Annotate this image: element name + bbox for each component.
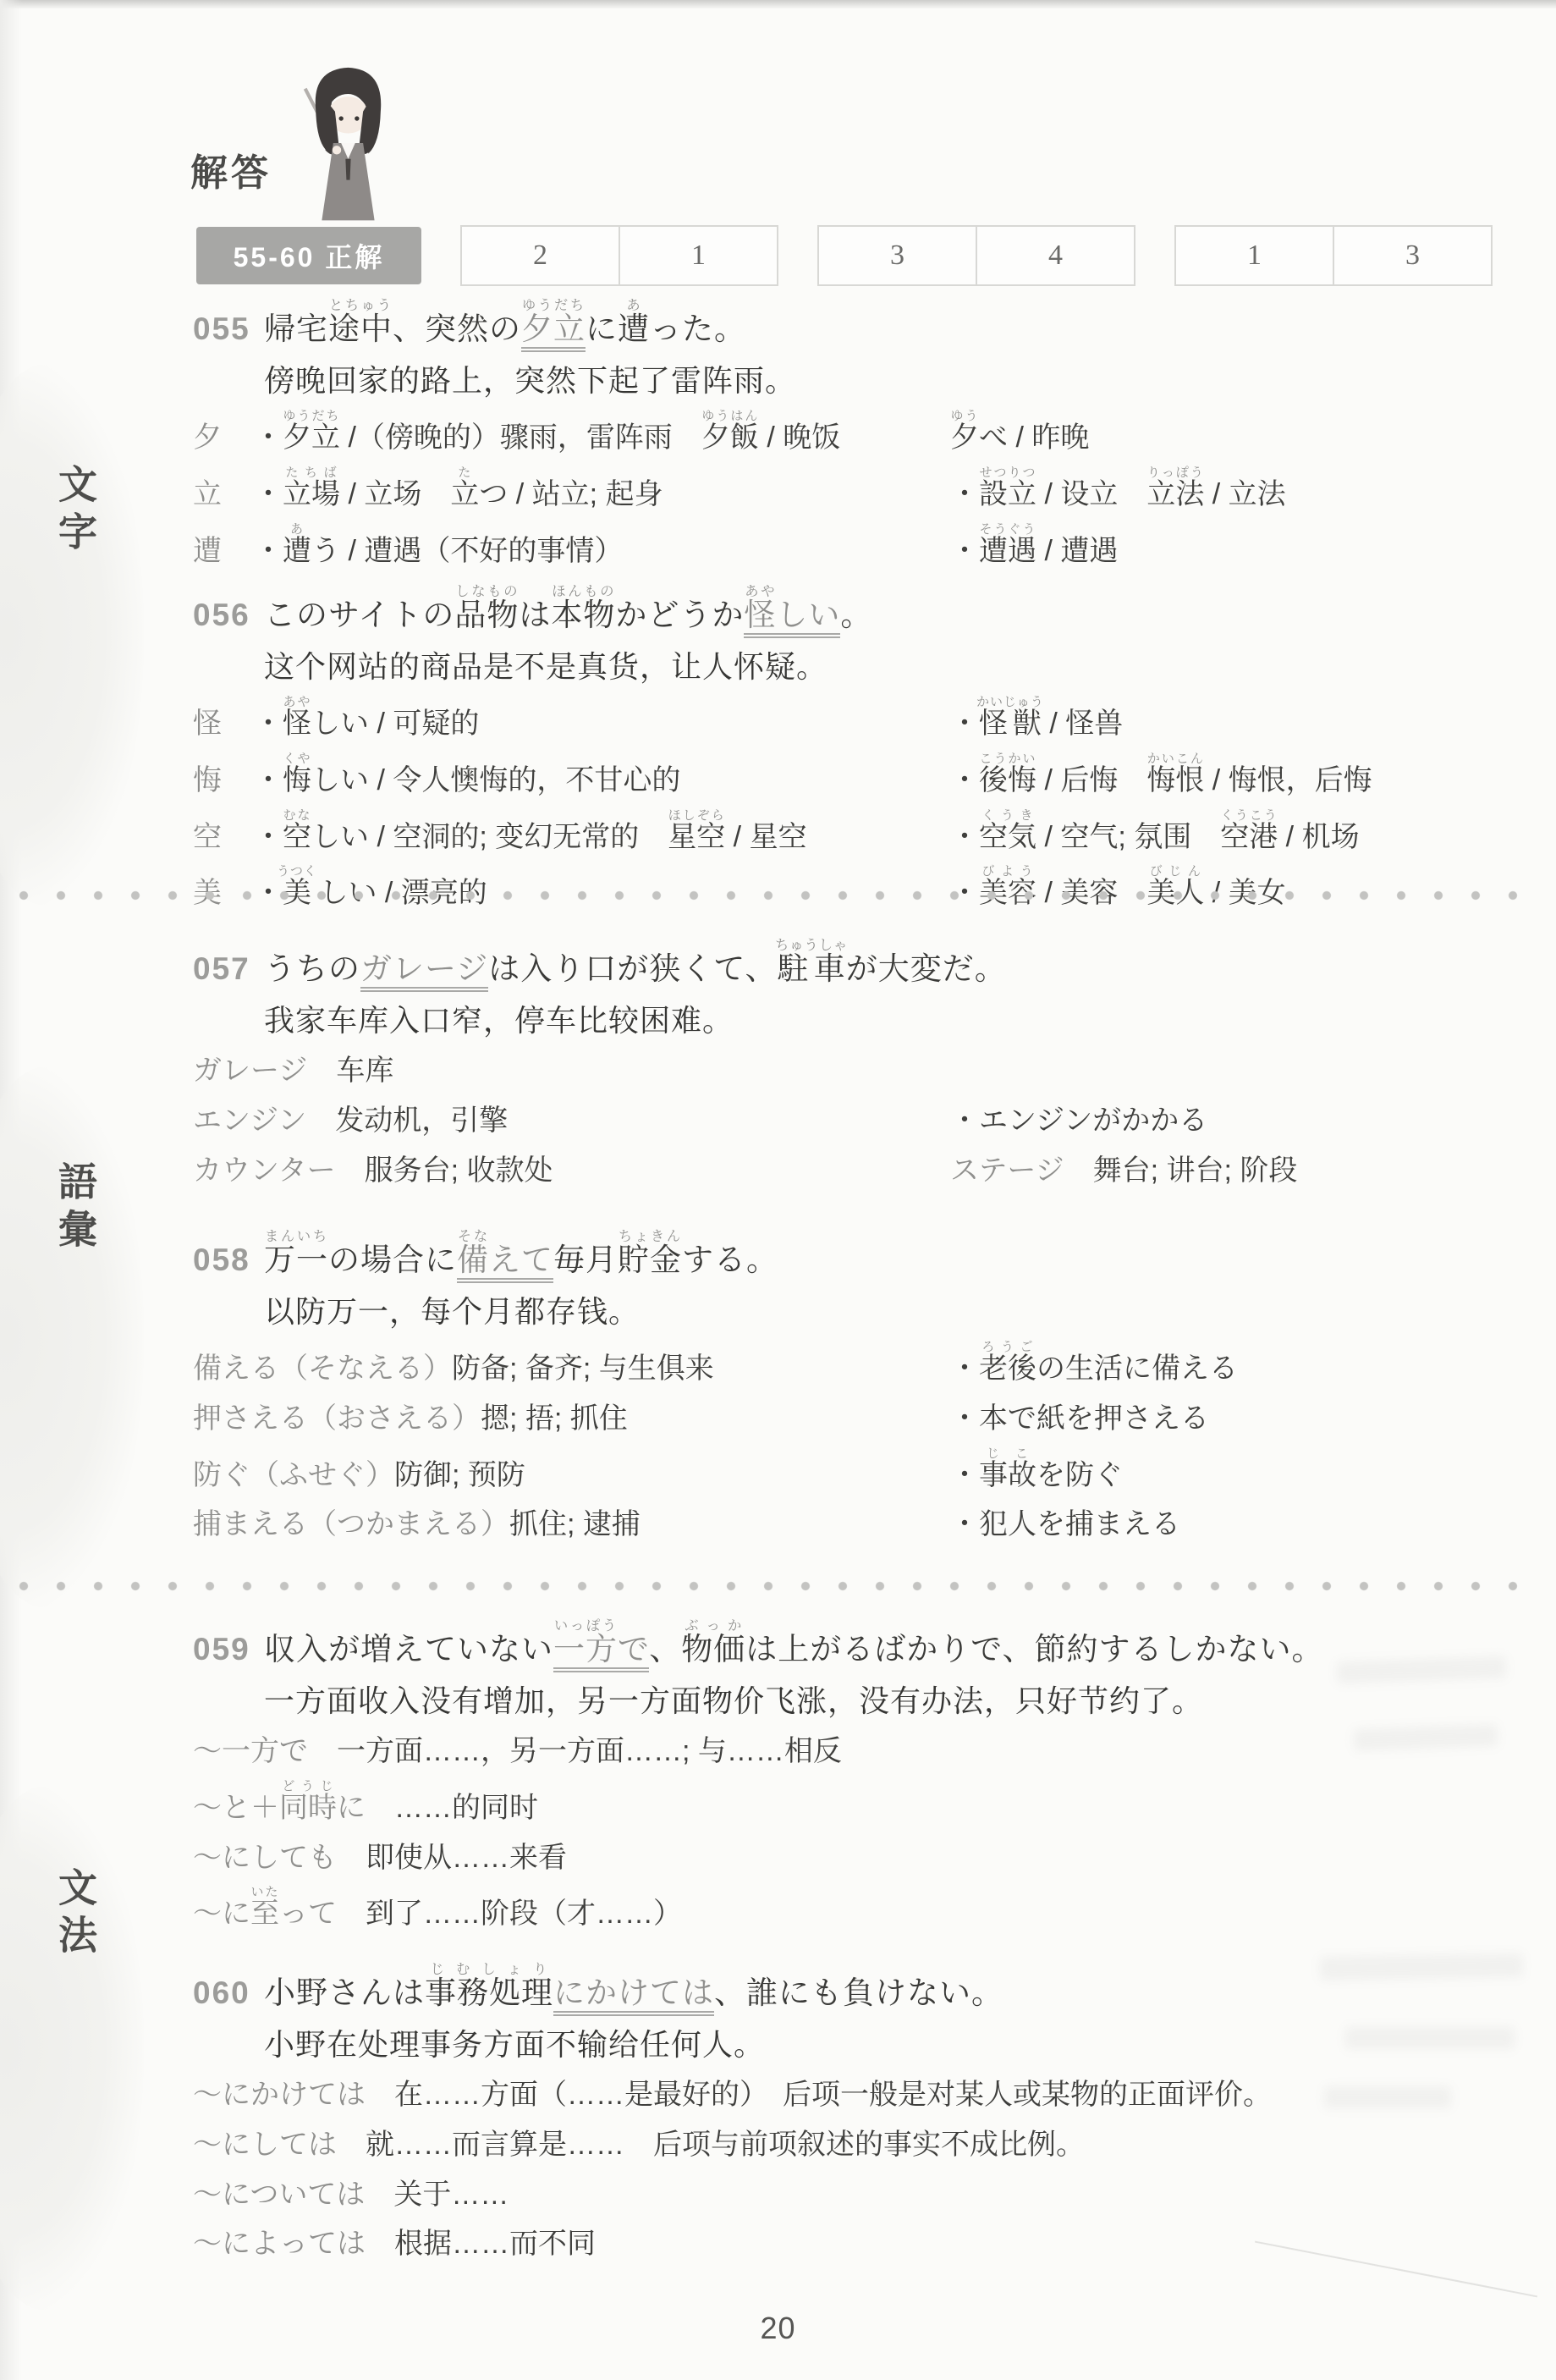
grammar-entry: ～については 关于……: [193, 2173, 1509, 2217]
tab-goi-background: [0, 1066, 144, 1608]
grammar-entry: ～にかけては 在……方面（……是最好的） 后项一般是对某人或某物的正面评价。: [193, 2073, 1509, 2118]
kanji-head: 遭: [193, 529, 254, 574]
tab-moji-background: [0, 364, 144, 906]
chinese-translation: 以防万一，每个月都存钱。: [264, 1292, 1509, 1332]
question-sentence: このサイトの品物しなものは本物ほんものかどうか怪あやしい。: [264, 584, 872, 644]
kanji-head: 空: [193, 815, 254, 860]
question-block-060: 060 小野さんは事務処理じむしょりにかけては、誰にも負けない。 小野在处理事务…: [193, 1962, 1509, 2267]
grammar-row: ～にしては 就……而言算是…… 后项与前项叙述的事实不成比例。: [193, 2123, 1509, 2168]
vocab-rows: 備える（そなえる）防备; 备齐; 与生俱来 ・老後ろうごの生活に備える 押さえる…: [193, 1340, 1509, 1547]
question-sentence: 収入が増えていない一方いっぽうで、物価ぶっかは上がるばかりで、節約するしかない。: [264, 1618, 1324, 1678]
tab-bunpo-background: [0, 1786, 144, 2311]
vocab-left: ・悔くやしい / 令人懊悔的，不甘心的: [254, 752, 950, 803]
question-number: 056: [193, 587, 264, 644]
vocab-row: ガレージ 车库: [193, 1049, 1509, 1094]
vocab-row: 怪 ・怪あやしい / 可疑的 ・怪獣かいじゅう / 怪兽: [193, 695, 1509, 747]
question-sentence: うちのガレージは入り口が狭くて、駐車ちゅうしゃが大変だ。: [264, 938, 1007, 998]
vocab-row: エンジン 发动机，引擎 ・エンジンがかかる: [193, 1099, 1509, 1143]
vocab-left: ・怪あやしい / 可疑的: [254, 695, 950, 747]
tab-moji: 文字: [47, 464, 103, 559]
answer-cell: 3: [817, 225, 977, 286]
grammar-row: ～と＋同時どうじに ……的同时: [193, 1779, 1509, 1831]
vocab-left: ・遭あう / 遭遇（不好的事情）: [254, 522, 950, 574]
answer-cell: 1: [619, 225, 778, 286]
page-number: 20: [0, 2311, 1556, 2346]
question-number: 057: [193, 941, 264, 998]
grammar-entry: ～によっては 根据……而不同: [193, 2222, 1509, 2267]
grammar-row: ～にしても 即使从……来看: [193, 1836, 1509, 1881]
answer-cell: 4: [976, 225, 1135, 286]
vocab-left: エンジン 发动机，引擎: [193, 1099, 950, 1143]
vocab-right: ・事故じこを防ぐ: [950, 1446, 1509, 1498]
grammar-entry: ～に至いたって 到了……阶段（才……）: [193, 1885, 1509, 1937]
grammar-entry: ～にしては 就……而言算是…… 后项与前项叙述的事实不成比例。: [193, 2123, 1509, 2168]
print-bleedthrough: [1324, 2086, 1451, 2108]
grammar-entry: ～にしても 即使从……来看: [193, 1836, 1509, 1881]
question-number: 059: [193, 1622, 264, 1678]
vocab-right: 夕ゆうべ / 昨晚: [950, 409, 1509, 460]
scan-edge-top: [0, 0, 1556, 8]
vocab-row: 空 ・空むなしい / 空洞的; 变幻无常的 星空ほしぞら / 星空 ・空気くうき…: [193, 808, 1509, 860]
vocab-right: ・犯人を捕まえる: [950, 1502, 1509, 1547]
vocab-right: ・怪獣かいじゅう / 怪兽: [950, 695, 1509, 747]
print-bleedthrough: [1320, 1953, 1523, 1981]
vocab-row: 備える（そなえる）防备; 备齐; 与生俱来 ・老後ろうごの生活に備える: [193, 1340, 1509, 1391]
answers-section-title: 解答: [190, 142, 272, 196]
answer-group-2: 3 4: [817, 225, 1135, 286]
question-block-056: 056 このサイトの品物しなものは本物ほんものかどうか怪あやしい。 这个网站的商…: [193, 584, 1509, 916]
chinese-translation: 一方面收入没有增加，另一方面物价飞涨，没有办法，只好节约了。: [264, 1682, 1509, 1722]
vocab-rows: 夕 ・夕立ゆうだち /（傍晚的）骤雨，雷阵雨 夕飯ゆうはん / 晚饭 夕ゆうべ …: [193, 409, 1509, 573]
answer-group-1: 2 1: [460, 225, 778, 286]
vocab-right: ・本で紙を押さえる: [950, 1397, 1509, 1441]
vocab-left: 防ぐ（ふせぐ）防御; 预防: [193, 1453, 950, 1498]
vocab-right: ・設立せつりつ / 设立 立法りっぽう / 立法: [950, 466, 1509, 517]
tab-bunpo: 文法: [47, 1867, 103, 1962]
grammar-row: ～については 关于……: [193, 2173, 1509, 2217]
vocab-row: 防ぐ（ふせぐ）防御; 预防 ・事故じこを防ぐ: [193, 1446, 1509, 1498]
answer-bar: 55-60 正解 2 1 3 4 1 3: [196, 225, 1493, 286]
vocab-right: ・空気くうき / 空气; 氛围 空港くうこう / 机场: [950, 808, 1509, 860]
question-number: 058: [193, 1232, 264, 1289]
answer-range-label: 55-60 正解: [196, 227, 421, 284]
kanji-head: 怪: [193, 702, 254, 747]
vocab-row: カウンター 服务台; 收款处 ステージ 舞台; 讲台; 阶段: [193, 1149, 1509, 1193]
grammar-rows: ～にかけては 在……方面（……是最好的） 后项一般是对某人或某物的正面评价。 ～…: [193, 2073, 1509, 2267]
question-sentence: 帰宅途中とちゅう、突然の夕立ゆうだちに遭あった。: [264, 298, 746, 358]
chinese-translation: 傍晚回家的路上，突然下起了雷阵雨。: [264, 361, 1509, 401]
vocab-left: ・立場たちば / 立场 立たつ / 站立; 起身: [254, 466, 950, 517]
vocab-right: ステージ 舞台; 讲台; 阶段: [950, 1149, 1509, 1193]
grammar-row: ～によっては 根据……而不同: [193, 2222, 1509, 2267]
grammar-rows: ～一方で 一方面……，另一方面……; 与……相反 ～と＋同時どうじに ……的同时…: [193, 1729, 1509, 1937]
answer-cell: 2: [460, 225, 620, 286]
vocab-left: 備える（そなえる）防备; 备齐; 与生俱来: [193, 1347, 950, 1391]
kanji-head: 夕: [193, 416, 254, 460]
vocab-left: ・空むなしい / 空洞的; 变幻无常的 星空ほしぞら / 星空: [254, 808, 950, 860]
question-sentence: 万一まんいちの場合に備そなえて毎月貯金ちょきんする。: [264, 1229, 778, 1289]
question-block-059: 059 収入が増えていない一方いっぽうで、物価ぶっかは上がるばかりで、節約するし…: [193, 1618, 1509, 1937]
kanji-head: 立: [193, 472, 254, 517]
vocab-row: 遭 ・遭あう / 遭遇（不好的事情） ・遭遇そうぐう / 遭遇: [193, 522, 1509, 574]
question-block-058: 058 万一まんいちの場合に備そなえて毎月貯金ちょきんする。 以防万一，每个月都…: [193, 1229, 1509, 1547]
chinese-translation: 小野在处理事务方面不输给任何人。: [264, 2025, 1509, 2065]
vocab-row: 押さえる（おさえる）摁; 捂; 抓住 ・本で紙を押さえる: [193, 1397, 1509, 1441]
teacher-girl-illustration: [289, 59, 408, 224]
vocab-rows: ガレージ 车库 エンジン 发动机，引擎 ・エンジンがかかる カウンター 服务台;…: [193, 1049, 1509, 1193]
vocab-left: カウンター 服务台; 收款处: [193, 1149, 950, 1193]
chinese-translation: 我家车库入口窄，停车比较困难。: [264, 1001, 1509, 1041]
question-number: 060: [193, 1965, 264, 2022]
question-sentence: 小野さんは事務処理じむしょりにかけては、誰にも負けない。: [264, 1962, 1003, 2022]
vocab-row: 悔 ・悔くやしい / 令人懊悔的，不甘心的 ・後悔こうかい / 后悔 悔恨かいこ…: [193, 752, 1509, 803]
vocab-row: 夕 ・夕立ゆうだち /（傍晚的）骤雨，雷阵雨 夕飯ゆうはん / 晚饭 夕ゆうべ …: [193, 409, 1509, 460]
question-number: 055: [193, 301, 264, 358]
grammar-entry: ～と＋同時どうじに ……的同时: [193, 1779, 1509, 1831]
vocab-rows: 怪 ・怪あやしい / 可疑的 ・怪獣かいじゅう / 怪兽 悔 ・悔くやしい / …: [193, 695, 1509, 916]
answer-cell: 3: [1333, 225, 1493, 286]
vocab-right: ・老後ろうごの生活に備える: [950, 1340, 1509, 1391]
answer-cell: 1: [1174, 225, 1334, 286]
vocab-row: 立 ・立場たちば / 立场 立たつ / 站立; 起身 ・設立せつりつ / 设立 …: [193, 466, 1509, 517]
grammar-row: ～に至いたって 到了……阶段（才……）: [193, 1885, 1509, 1937]
dotted-separator: [19, 890, 1537, 901]
question-block-057: 057 うちのガレージは入り口が狭くて、駐車ちゅうしゃが大変だ。 我家车库入口窄…: [193, 938, 1509, 1193]
tab-goi: 語彙: [47, 1161, 103, 1256]
answer-group-3: 1 3: [1174, 225, 1493, 286]
vocab-left: ガレージ 车库: [193, 1049, 1509, 1094]
dotted-separator: [19, 1581, 1537, 1591]
vocab-left: ・夕立ゆうだち /（傍晚的）骤雨，雷阵雨 夕飯ゆうはん / 晚饭: [254, 409, 950, 460]
grammar-entry: ～一方で 一方面……，另一方面……; 与……相反: [193, 1729, 1509, 1774]
vocab-right: ・遭遇そうぐう / 遭遇: [950, 522, 1509, 574]
grammar-row: ～一方で 一方面……，另一方面……; 与……相反: [193, 1729, 1509, 1774]
question-block-055: 055 帰宅途中とちゅう、突然の夕立ゆうだちに遭あった。 傍晚回家的路上，突然下…: [193, 298, 1509, 573]
print-bleedthrough: [1345, 2027, 1515, 2049]
grammar-row: ～にかけては 在……方面（……是最好的） 后项一般是对某人或某物的正面评价。: [193, 2073, 1509, 2118]
vocab-right: ・後悔こうかい / 后悔 悔恨かいこん / 悔恨，后悔: [950, 752, 1509, 803]
vocab-right: ・エンジンがかかる: [950, 1099, 1509, 1143]
kanji-head: 悔: [193, 758, 254, 803]
vocab-row: 捕まえる（つかまえる）抓住; 逮捕 ・犯人を捕まえる: [193, 1502, 1509, 1547]
vocab-left: 捕まえる（つかまえる）抓住; 逮捕: [193, 1502, 950, 1547]
chinese-translation: 这个网站的商品是不是真货，让人怀疑。: [264, 647, 1509, 687]
vocab-left: 押さえる（おさえる）摁; 捂; 抓住: [193, 1397, 950, 1441]
